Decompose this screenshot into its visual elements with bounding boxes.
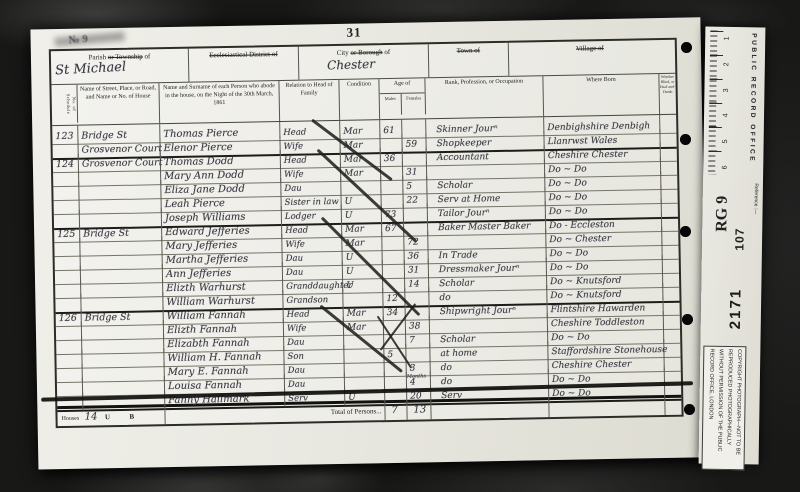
village-label: Village of: [576, 44, 604, 53]
houses-value: 14: [85, 411, 98, 422]
city-cell: City or Borough of Chester: [299, 44, 430, 79]
col-age-label: Age of: [379, 78, 424, 93]
scanned-census-photo: { "page": { "number": "31", "pencil_note…: [0, 0, 800, 492]
col-relation: Relation to Head of Family: [279, 80, 340, 121]
village-cell: Village of: [509, 40, 672, 76]
col-age: Age of Males Females: [379, 78, 426, 115]
uninhabited-label: U: [105, 413, 110, 421]
total-males: 7: [391, 405, 398, 416]
total-houses-cell: Houses 14 U B: [57, 407, 165, 426]
col-schedule: No. of Schedule: [51, 85, 78, 123]
punch-hole: [682, 314, 693, 325]
pencil-annotation: № 9: [68, 33, 88, 47]
town-cell: Town of: [429, 43, 510, 77]
col-born: Where Born: [543, 74, 660, 116]
city-label-of: of: [384, 48, 390, 56]
totals-born-blank: [549, 398, 665, 417]
punch-hole: [680, 226, 691, 237]
copyright-notice: COPYRIGHT PHOTOGRAPH—NOT TO BE REPRODUCE…: [701, 346, 746, 471]
ruler-numbers: 123456: [723, 35, 729, 171]
ruler-number: 4: [722, 114, 729, 118]
city-value: Chester: [327, 57, 375, 73]
pro-ruler: 123456 PUBLIC RECORD OFFICE: [703, 27, 765, 178]
pro-office-label: PUBLIC RECORD OFFICE: [748, 33, 757, 163]
ruler-ticks-major: [708, 31, 723, 175]
punch-hole: [680, 134, 691, 145]
col-age-females: Females: [402, 93, 426, 114]
building-label: B: [129, 413, 134, 421]
pro-reference-strip: 123456 PUBLIC RECORD OFFICE Reference :—…: [699, 27, 766, 465]
punch-hole: [681, 42, 692, 53]
totals-occ-blank: [431, 400, 549, 419]
totals-infirmity-blank: [665, 398, 681, 415]
reference-label: Reference :—: [752, 183, 758, 214]
reference-value: RG 9: [713, 196, 732, 232]
punch-hole: [684, 404, 695, 415]
ruler-number: 6: [722, 165, 729, 169]
reference-block: Reference :— RG 9 107: [701, 177, 763, 283]
city-struck-label: or Borough: [350, 48, 382, 57]
ruler-number: 3: [723, 88, 730, 92]
ruler-number: 1: [724, 36, 731, 40]
piece-number: 107: [732, 227, 746, 250]
town-label: Town of: [457, 46, 481, 54]
col-name: Name and Surname of each Person who abod…: [159, 81, 280, 123]
district-cell: Ecclesiastical District of: [189, 47, 300, 82]
parish-label-of: of: [144, 52, 150, 60]
page-number: 31: [346, 24, 361, 40]
total-persons-label: Total of Persons...: [165, 403, 385, 424]
stamp-number: 2171: [727, 288, 745, 330]
ruler-number: 2: [723, 62, 730, 66]
age-note: Months: [407, 370, 426, 383]
col-condition: Condition: [339, 79, 380, 120]
col-occupation: Rank, Profession, or Occupation: [425, 76, 544, 118]
district-label: Ecclesiastical District of: [209, 50, 278, 59]
parish-cell: Parish or Township of St Michael: [51, 49, 190, 85]
city-label: City: [337, 49, 349, 57]
census-form: Parish or Township of St Michael Ecclesi…: [49, 38, 684, 428]
parish-value: St Michael: [55, 60, 127, 79]
census-sheet: 31 № 9 Parish or Township of St Michael …: [30, 17, 708, 469]
total-females: 13: [413, 404, 426, 415]
col-infirmity: Whether Blind, or Deaf-and-Dumb: [659, 74, 676, 112]
stamp-block: 2171: [700, 282, 761, 345]
col-age-males: Males: [380, 94, 402, 115]
houses-label: Houses: [62, 416, 80, 422]
ruler-number: 5: [722, 140, 729, 144]
col-street: Name of Street, Place, or Road, and Name…: [77, 83, 160, 124]
